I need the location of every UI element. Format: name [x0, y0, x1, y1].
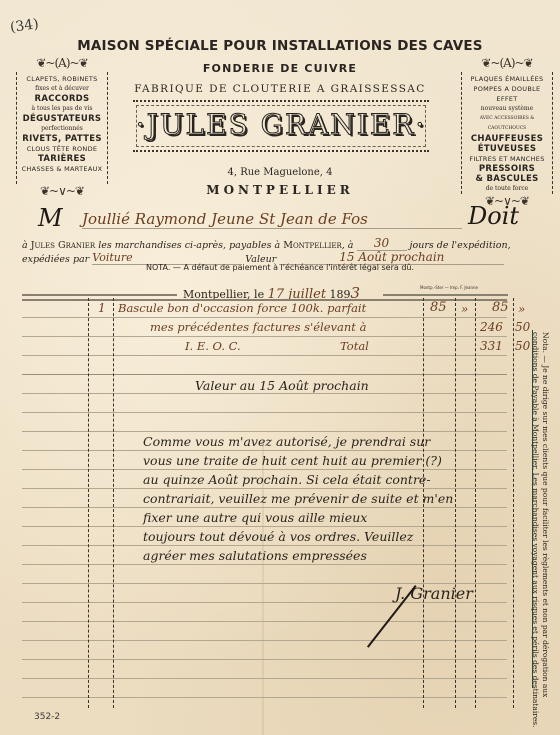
- grid-col-divider: [113, 298, 114, 708]
- panel-item: PLAQUES ÉMAILLÉES: [464, 74, 550, 84]
- item-amount-cents: »: [518, 302, 525, 316]
- grid-col-divider: [455, 298, 456, 708]
- panel-item: & BASCULES: [464, 174, 550, 184]
- panel-item: DÉGUSTATEURS: [19, 114, 105, 124]
- item-amount: 85: [492, 300, 509, 315]
- item-unit-cents: »: [461, 302, 468, 316]
- grid-line: [22, 374, 507, 375]
- total-label: Total: [340, 339, 369, 353]
- grid-line: [22, 431, 507, 432]
- company-name-frame: ·JULES GRANIER·: [133, 100, 429, 152]
- grid-line: [22, 393, 507, 394]
- panel-item: RIVETS, PATTES: [19, 134, 105, 144]
- side-note: Nota. — Je ne dirige sur mes clients que…: [526, 332, 550, 732]
- terms-line-1: à Jules Granier les marchandises ci-aprè…: [22, 236, 511, 251]
- panel-item: CHAUFFEUSES: [464, 134, 550, 144]
- nota-interest-clause: NOTA. — A défaut de paiement à l'échéanc…: [0, 263, 560, 272]
- rule-left: [22, 294, 177, 296]
- panel-item: PRESSOIRS: [464, 164, 550, 174]
- doit-label: Doit: [468, 202, 519, 230]
- panel-item: nouveau système: [464, 104, 550, 114]
- grid-line: [22, 507, 507, 508]
- footer-reference-number: 352-2: [34, 712, 60, 722]
- panel-item: RACCORDS: [19, 94, 105, 104]
- item-qty: 1: [98, 301, 106, 315]
- panel-item: TARIÈRES: [19, 154, 105, 164]
- panel-item: FILTRES ET MANCHES: [464, 154, 550, 164]
- rule-right: [383, 294, 508, 296]
- grid-line: [22, 450, 507, 451]
- panel-item: AVEC ACCESSOIRES & CAOUTCHOUCS: [464, 114, 550, 134]
- grid-col-divider: [88, 298, 89, 708]
- letter-line: agréer mes salutations empressées: [143, 548, 367, 563]
- grid-line: [22, 317, 507, 318]
- grid-line: [22, 336, 507, 337]
- panel-item: ÉTUVEUSES: [464, 144, 550, 154]
- recipient-row: M Joullié Raymond Jeune St Jean de Fos D…: [38, 208, 538, 232]
- right-product-panel: ❦~(A)~❦ PLAQUES ÉMAILLÉES POMPES A DOUBL…: [461, 72, 553, 194]
- item-unit-price: 85: [430, 300, 447, 315]
- grid-line: [22, 640, 507, 641]
- recipient-prefix: M: [38, 204, 63, 232]
- ornament-top-icon: ❦~(A)~❦: [7, 56, 117, 72]
- grid-col-divider: [475, 298, 476, 708]
- grid-line: [22, 678, 507, 679]
- grid-line: [22, 355, 507, 356]
- letter-line: contrariait, veuillez me prévenir de sui…: [143, 491, 453, 506]
- ornament-bottom-icon: ❦~∨~❦: [7, 184, 117, 200]
- letter-line: toujours tout dévoué à vos ordres. Veuil…: [143, 529, 413, 544]
- letter-line: Comme vous m'avez autorisé, je prendrai …: [143, 434, 430, 449]
- panel-item: à tous les pas de vis: [19, 104, 105, 114]
- grid-line: [22, 564, 507, 565]
- letter-line: au quinze Août prochain. Si cela était c…: [143, 472, 431, 487]
- item-description: mes précédentes factures s'élevant à: [150, 320, 366, 334]
- recipient-name: Joullié Raymond Jeune St Jean de Fos: [82, 210, 368, 228]
- left-product-panel: ❦~(A)~❦ CLAPETS, ROBINETS fixes et à déc…: [16, 72, 108, 184]
- item-amount: 246: [480, 320, 503, 334]
- grid-line: [22, 659, 507, 660]
- valeur-note: Valeur au 15 Août prochain: [195, 378, 369, 393]
- letterhead-title: MAISON SPÉCIALE POUR INSTALLATIONS DES C…: [0, 38, 560, 54]
- panel-item: CLOUS TÊTE RONDE: [19, 144, 105, 154]
- recipient-underline: [82, 228, 462, 229]
- printer-credit: Montp.-Ster — Imp. F. Jeanne: [420, 285, 478, 290]
- payment-days: 30: [357, 236, 407, 251]
- grid-line: [22, 697, 507, 698]
- grid-line: [22, 469, 507, 470]
- grid-col-divider: [513, 298, 514, 708]
- panel-item: perfectionnés: [19, 124, 105, 134]
- grid-line: [22, 488, 507, 489]
- panel-item: CLAPETS, ROBINETS: [19, 74, 105, 84]
- grid-line: [22, 621, 507, 622]
- panel-item: fixes et à décuver: [19, 84, 105, 94]
- grid-line: [22, 412, 507, 413]
- grid-line: [22, 526, 507, 527]
- item-description: Bascule bon d'occasion force 100k. parfa…: [118, 301, 366, 315]
- panel-item: CHASSES & MARTEAUX: [19, 164, 105, 174]
- company-name: ·JULES GRANIER·: [133, 108, 429, 141]
- letter-line: vous une traite de huit cent huit au pre…: [143, 453, 442, 468]
- letter-line: fixer une autre qui vous aille mieux: [143, 510, 367, 525]
- panel-item: de toute force: [464, 184, 550, 194]
- grid-line: [22, 545, 507, 546]
- item-description: I. E. O. C.: [185, 339, 241, 353]
- total-amount: 331: [480, 339, 503, 353]
- date-line: Montpellier, le 17 juillet 1893 Montp.-S…: [0, 284, 560, 300]
- panel-item: POMPES A DOUBLE EFFET: [464, 84, 550, 104]
- ornament-top-icon: ❦~(A)~❦: [452, 56, 560, 72]
